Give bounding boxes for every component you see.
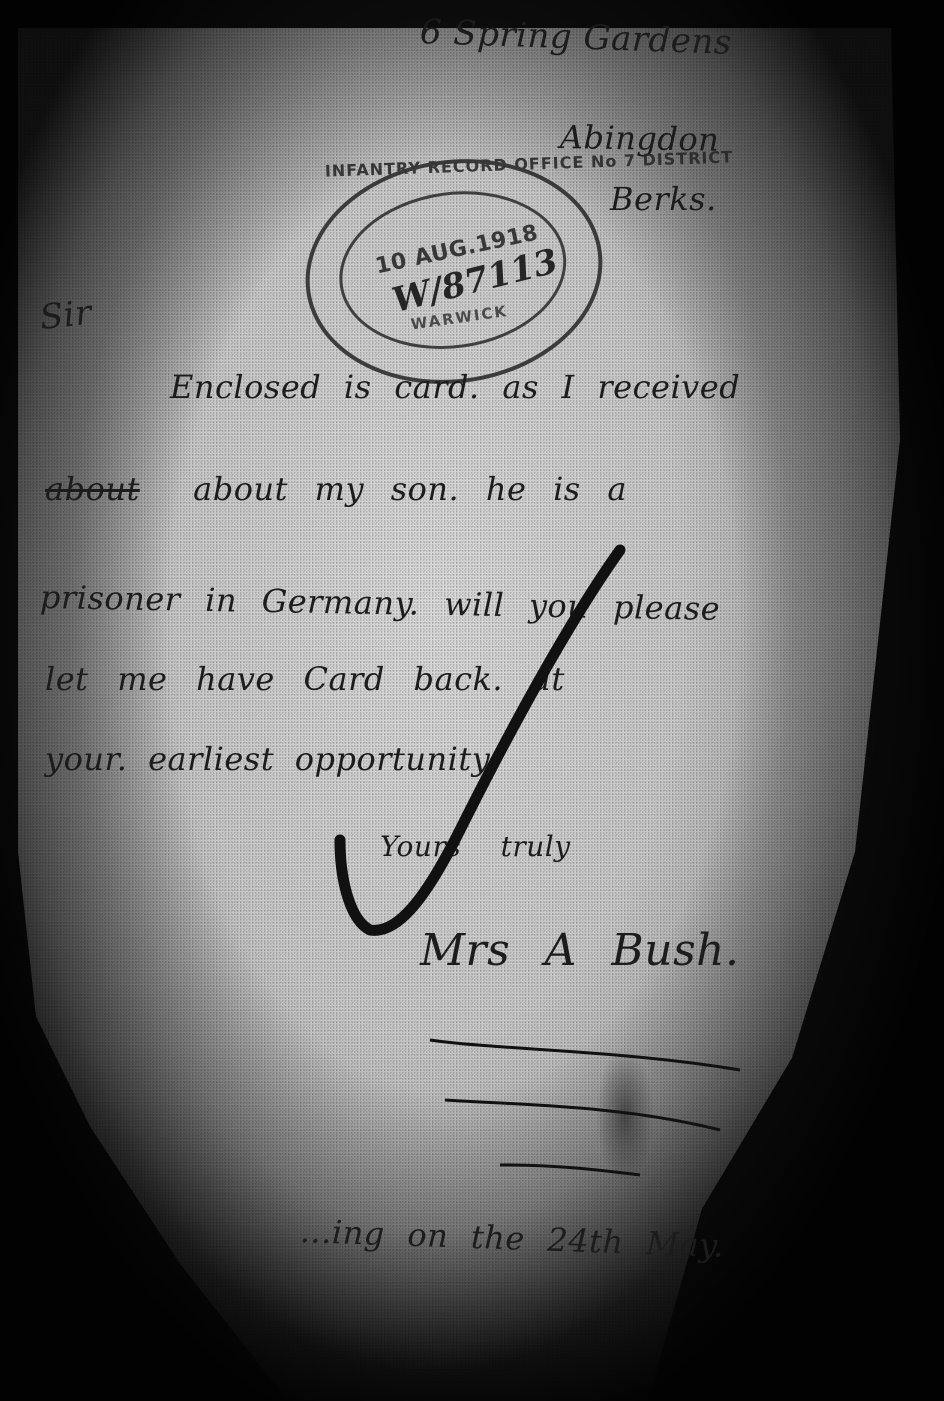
body-line-1: Enclosed is card. as I received	[170, 368, 740, 406]
strike-lines	[420, 1030, 760, 1230]
salutation: Sir	[38, 293, 94, 338]
scanned-letter: 6 Spring Gardens Abingdon Berks. INFANTR…	[0, 0, 944, 1401]
body-line-4: let me have Card back. at	[45, 660, 565, 698]
struck-word: about	[45, 470, 140, 508]
body-line-5: your. earliest opportunity	[45, 740, 490, 778]
address-county: Berks.	[610, 180, 717, 218]
closing: Yours truly	[380, 830, 571, 863]
body-line-2-text: about my son. he is a	[193, 470, 627, 508]
body-line-2: about about my son. he is a	[45, 470, 627, 508]
signature: Mrs A Bush.	[420, 925, 740, 976]
